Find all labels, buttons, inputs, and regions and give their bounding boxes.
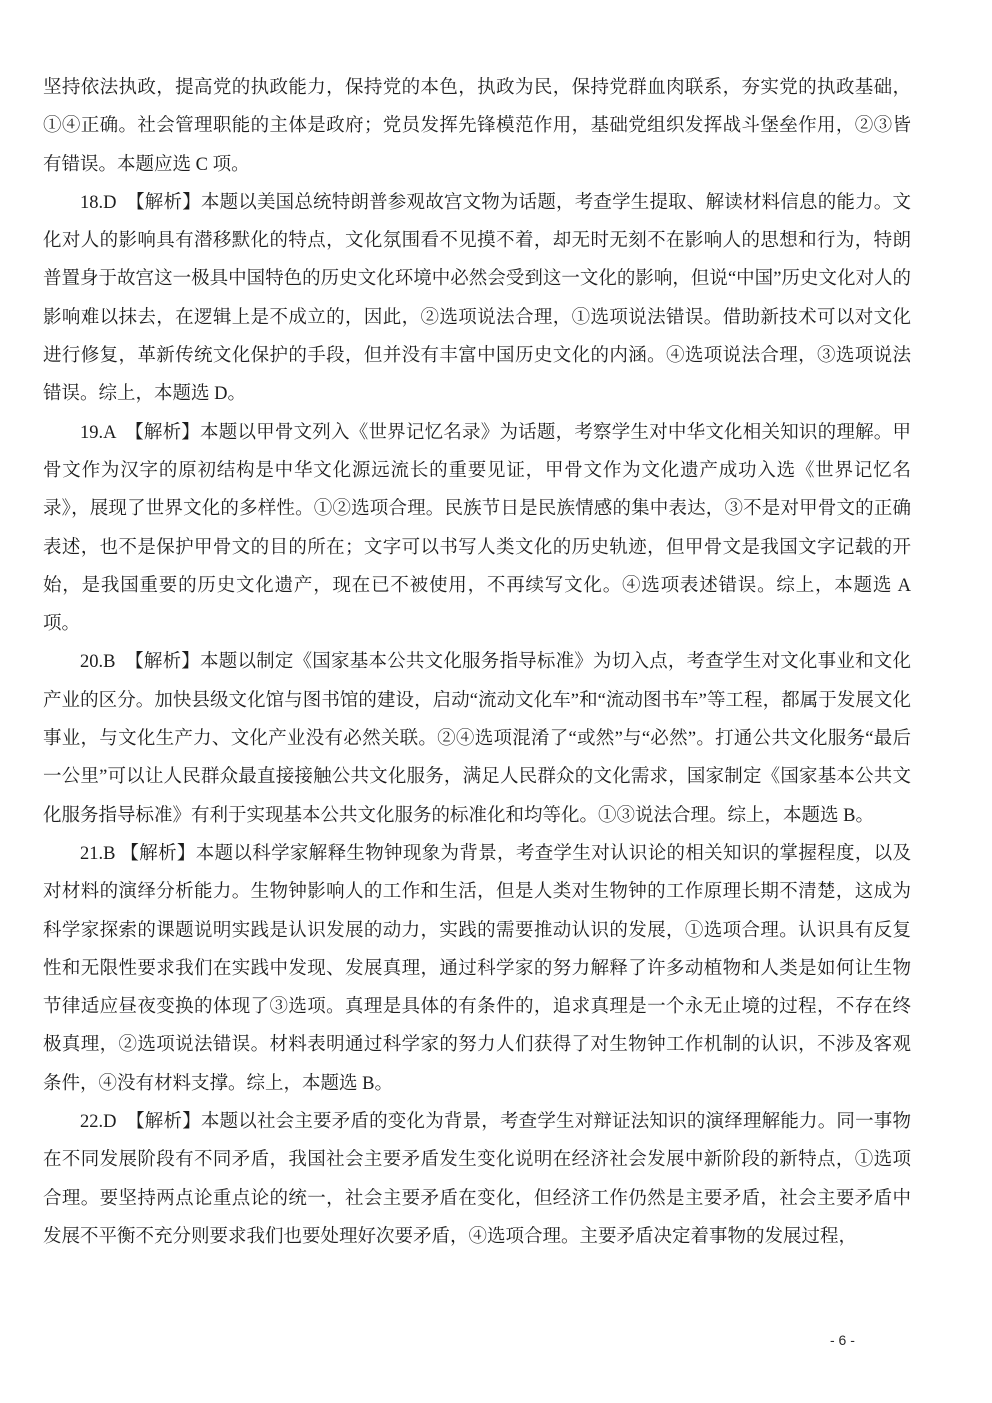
paragraph-q19-explanation: 19.A 【解析】本题以甲骨文列入《世界记忆名录》为话题，考察学生对中华文化相关… [43,414,911,644]
paragraph-q18-explanation: 18.D 【解析】本题以美国总统特朗普参观故宫文物为话题，考查学生提取、解读材料… [43,184,911,414]
answer-explanations-block: 坚持依法执政，提高党的执政能力，保持党的本色，执政为民，保持党群血肉联系，夯实党… [43,69,911,1256]
paragraph-q22-explanation: 22.D 【解析】本题以社会主要矛盾的变化为背景，考查学生对辩证法知识的演绎理解… [43,1103,911,1256]
paragraph-q20-explanation: 20.B 【解析】本题以制定《国家基本公共文化服务指导标准》为切入点，考查学生对… [43,643,911,834]
paragraph-q17-continuation: 坚持依法执政，提高党的执政能力，保持党的本色，执政为民，保持党群血肉联系，夯实党… [43,69,911,184]
page-number: - 6 - [830,1332,855,1348]
paragraph-q21-explanation: 21.B 【解析】本题以科学家解释生物钟现象为背景，考查学生对认识论的相关知识的… [43,835,911,1103]
